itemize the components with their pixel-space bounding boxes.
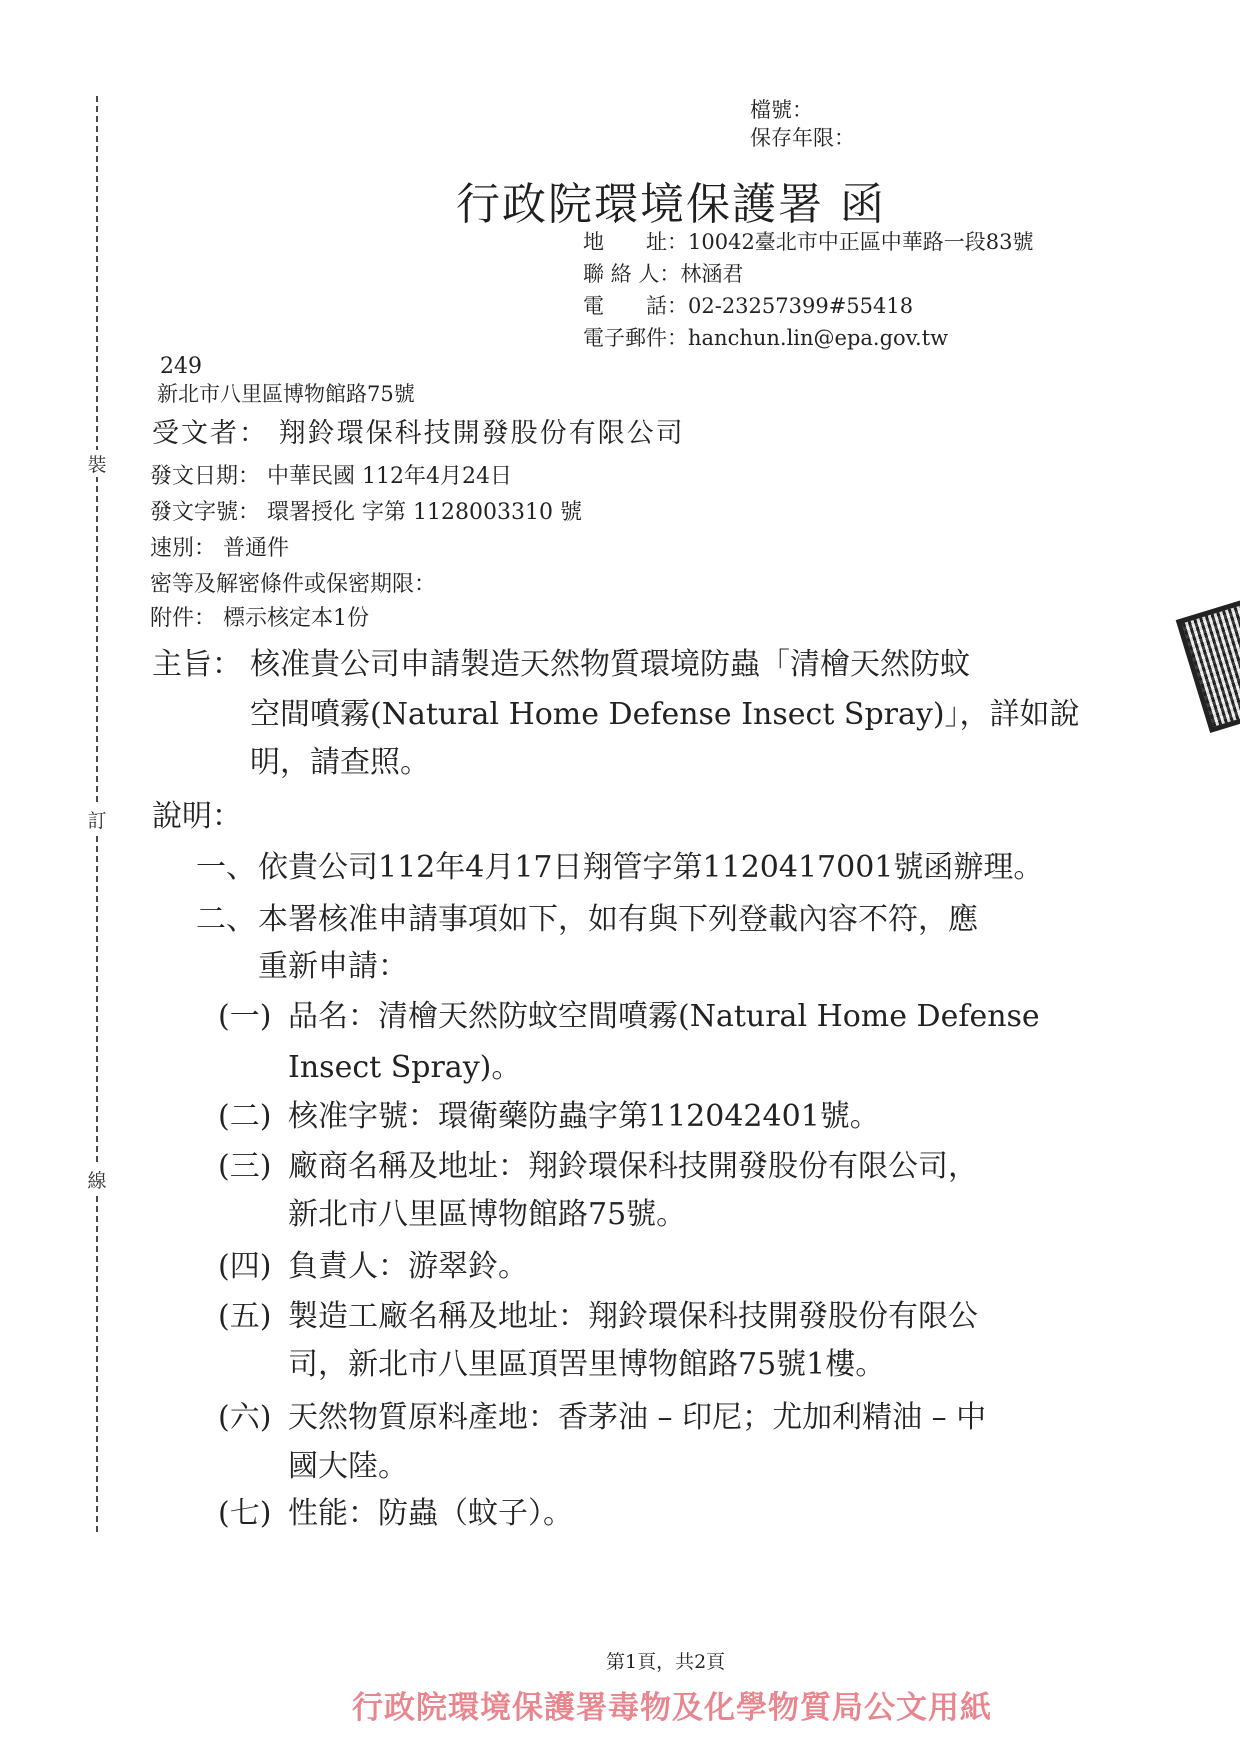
subitem-5-line-2: 司，新北市八里區頂罟里博物館路75號1樓。: [288, 1348, 885, 1383]
file-number-label: 檔號：: [750, 98, 813, 122]
subject-line-3: 明，請查照。: [250, 746, 430, 781]
item-1-line-1: 依貴公司112年4月17日翔管字第1120417001號函辦理。: [258, 851, 1043, 886]
subitem-5-line-1: 製造工廠名稱及地址：翔鈴環保科技開發股份有限公: [288, 1300, 978, 1335]
binding-char-xian: 線: [84, 1166, 110, 1193]
subitem-7-line-1: 性能：防蟲（蚊子）。: [288, 1497, 573, 1532]
agency-contact-person-line: 聯 絡 人：林涵君: [583, 262, 743, 286]
official-seal-stamp-icon: [1176, 581, 1240, 733]
subject-line-1: 核准貴公司申請製造天然物質環境防蟲「清檜天然防蚊: [250, 648, 970, 683]
recipient-line: 受文者： 翔鈴環保科技開發股份有限公司: [152, 418, 685, 449]
binding-char-ding: 訂: [84, 806, 110, 833]
doc-number-line: 發文字號： 環署授化 字第 1128003310 號: [150, 500, 582, 525]
page-number: 第1頁，共2頁: [606, 1652, 725, 1674]
subitem-7-number: (七): [218, 1497, 271, 1532]
item-2-line-2: 重新申請：: [258, 950, 408, 985]
recipient-address: 新北市八里區博物館路75號: [157, 382, 415, 406]
binding-char-zhuang: 裝: [84, 450, 110, 477]
official-letter-page: 裝 訂 線 檔號： 保存年限： 行政院環境保護署 函 地 址：10042臺北市中…: [0, 0, 1240, 1753]
agency-address-line: 地 址：10042臺北市中正區中華路一段83號: [583, 230, 1034, 254]
subitem-4-number: (四): [218, 1250, 271, 1285]
subitem-2-line-1: 核准字號：環衛藥防蟲字第112042401號。: [288, 1100, 880, 1135]
attachment-line: 附件： 標示核定本1份: [150, 606, 369, 631]
retention-period-label: 保存年限：: [750, 126, 855, 150]
recipient-postal-code: 249: [160, 354, 202, 379]
subitem-6-number: (六): [218, 1401, 271, 1436]
subject-label: 主旨：: [152, 648, 242, 683]
subitem-4-line-1: 負責人：游翠鈴。: [288, 1250, 528, 1285]
speed-class-line: 速別： 普通件: [150, 536, 289, 561]
item-1-number: 一、: [196, 851, 256, 886]
subitem-1-number: (一): [218, 1000, 271, 1035]
explanation-label: 說明：: [152, 800, 242, 835]
subitem-1-line-2: Insect Spray)。: [288, 1051, 521, 1086]
subject-line-2: 空間噴霧(Natural Home Defense Insect Spray)」…: [250, 698, 1080, 733]
subitem-5-number: (五): [218, 1300, 271, 1335]
security-class-line: 密等及解密條件或保密期限：: [150, 572, 436, 597]
subitem-6-line-1: 天然物質原料產地：香茅油 – 印尼；尤加利精油 – 中: [288, 1401, 986, 1436]
issue-date-line: 發文日期： 中華民國 112年4月24日: [150, 464, 512, 489]
subitem-3-line-1: 廠商名稱及地址：翔鈴環保科技開發股份有限公司，: [288, 1150, 978, 1185]
subitem-3-number: (三): [218, 1150, 271, 1185]
item-2-number: 二、: [196, 903, 256, 938]
subitem-3-line-2: 新北市八里區博物館路75號。: [288, 1198, 686, 1233]
item-2-line-1: 本署核准申請事項如下，如有與下列登載內容不符，應: [258, 903, 978, 938]
document-title: 行政院環境保護署 函: [456, 168, 886, 232]
subitem-2-number: (二): [218, 1100, 271, 1135]
agency-email-line: 電子郵件：hanchun.lin@epa.gov.tw: [583, 326, 948, 350]
agency-phone-line: 電 話：02-23257399#55418: [583, 294, 913, 318]
subitem-1-line-1: 品名：清檜天然防蚊空間噴霧(Natural Home Defense: [288, 1000, 1040, 1035]
official-paper-title: 行政院環境保護署毒物及化學物質局公文用紙: [352, 1682, 992, 1727]
subitem-6-line-2: 國大陸。: [288, 1450, 408, 1485]
